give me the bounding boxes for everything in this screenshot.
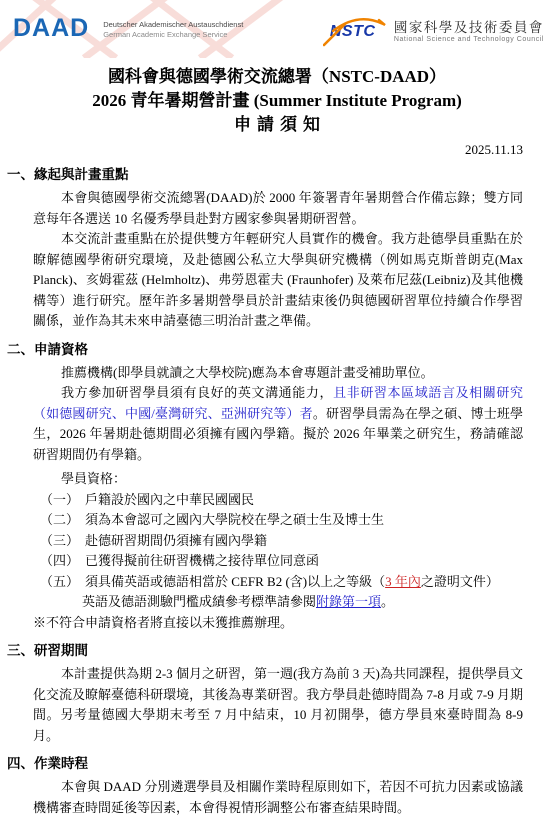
nstc-name-chinese: 國家科學及技術委員會 — [394, 20, 544, 35]
list-item-2: （二）須為本會認可之國內大學院校在學之碩士生及博士生 — [33, 510, 523, 531]
section-4-paragraph-1: 本會與 DAAD 分別遴選學員及相關作業時程原則如下，若因不可抗力因素或協議機構… — [33, 777, 523, 816]
section-4-heading: 四、作業時程 — [7, 754, 523, 773]
document-date: 2025.11.13 — [0, 142, 554, 157]
eligibility-note: ※不符合申請資格者將直接以未獲推薦辦理。 — [33, 613, 523, 634]
list-item-5-continuation: 英語及德語測驗門檻成績參考標準請參閱附錄第一項。 — [33, 592, 523, 613]
daad-tagline-english: German Academic Exchange Service — [103, 30, 243, 40]
list-item-1: （一）戶籍設於國內之中華民國國民 — [33, 490, 523, 511]
list-item-number: （一） — [40, 490, 79, 511]
list-item-text: 已獲得擬前往研習機構之接待單位同意函 — [85, 551, 319, 572]
nstc-name-english: National Science and Technology Council — [394, 36, 544, 43]
list-item-text: 戶籍設於國內之中華民國國民 — [85, 490, 254, 511]
text-run-black: 須具備英語或德語相當於 CEFR B2 (含)以上之等級（ — [85, 574, 385, 589]
list-item-3: （三）赴德研習期間仍須擁有國內學籍 — [33, 531, 523, 552]
nstc-swoosh-icon — [323, 17, 389, 47]
section-1-paragraph-1: 本會與德國學術交流總署(DAAD)於 2000 年簽署青年暑期營合作備忘錄；雙方… — [33, 188, 523, 229]
section-origin: 一、緣起與計畫重點 本會與德國學術交流總署(DAAD)於 2000 年簽署青年暑… — [33, 165, 523, 332]
list-item-number: （五） — [40, 572, 79, 593]
section-3-heading: 三、研習期間 — [7, 641, 523, 660]
document-page: DAAD Deutscher Akademischer Austauschdie… — [0, 0, 554, 816]
title-line-2: 2026 青年暑期營計畫 (Summer Institute Program) — [0, 89, 554, 113]
text-run-black: 之證明文件） — [421, 574, 499, 589]
daad-tagline: Deutscher Akademischer Austauschdienst G… — [103, 20, 243, 39]
section-1-heading: 一、緣起與計畫重點 — [7, 165, 523, 184]
list-item-number: （二） — [40, 510, 79, 531]
text-run-black: 我方參加研習學員須有良好的英文溝通能力， — [61, 385, 333, 400]
document-body: 一、緣起與計畫重點 本會與德國學術交流總署(DAAD)於 2000 年簽署青年暑… — [0, 165, 554, 816]
section-3-paragraph-1: 本計畫提供為期 2-3 個月之研習，第一週(我方為前 3 天)為共同課程，提供學… — [33, 664, 523, 746]
section-2-paragraph-2: 我方參加研習學員須有良好的英文溝通能力，且非研習本區域語言及相關研究（如德國研究… — [33, 383, 523, 465]
daad-logo: DAAD Deutscher Akademischer Austauschdie… — [13, 15, 243, 41]
list-item-5: （五）須具備英語或德語相當於 CEFR B2 (含)以上之等級（3 年內之證明文… — [33, 572, 523, 593]
qualifications-list: （一）戶籍設於國內之中華民國國民 （二）須為本會認可之國內大學院校在學之碩士生及… — [33, 490, 523, 613]
appendix-link[interactable]: 附錄第一項 — [316, 594, 381, 609]
title-line-1: 國科會與德國學術交流總署（NSTC-DAAD） — [0, 65, 554, 89]
text-run-black: 英語及德語測驗門檻成績參考標準請參閱 — [82, 594, 316, 609]
daad-tagline-german: Deutscher Akademischer Austauschdienst — [103, 20, 243, 30]
text-run-black: 。 — [381, 594, 394, 609]
list-item-number: （四） — [40, 551, 79, 572]
section-1-paragraph-2: 本交流計畫重點在於提供雙方年輕研究人員實作的機會。我方赴德學員重點在於瞭解德國學… — [33, 229, 523, 332]
list-item-number: （三） — [40, 531, 79, 552]
section-2-paragraph-1: 推薦機構(即學員就讀之大學校院)應為本會專題計畫受補助單位。 — [33, 363, 523, 384]
daad-logo-text: DAAD — [13, 15, 89, 41]
nstc-names: 國家科學及技術委員會 National Science and Technolo… — [394, 20, 544, 43]
nstc-logo-mark: NSTC — [323, 17, 389, 47]
list-item-text: 赴德研習期間仍須擁有國內學籍 — [85, 531, 267, 552]
nstc-logo: NSTC 國家科學及技術委員會 National Science and Tec… — [323, 17, 544, 47]
section-eligibility: 二、申請資格 推薦機構(即學員就讀之大學校院)應為本會專題計畫受補助單位。 我方… — [33, 340, 523, 634]
section-timeline: 四、作業時程 本會與 DAAD 分別遴選學員及相關作業時程原則如下，若因不可抗力… — [33, 754, 523, 816]
list-item-text: 須具備英語或德語相當於 CEFR B2 (含)以上之等級（3 年內之證明文件） — [85, 572, 499, 593]
list-item-text: 須為本會認可之國內大學院校在學之碩士生及博士生 — [85, 510, 384, 531]
qualifications-label: 學員資格： — [33, 469, 523, 490]
document-title: 國科會與德國學術交流總署（NSTC-DAAD） 2026 青年暑期營計畫 (Su… — [0, 65, 554, 137]
section-2-heading: 二、申請資格 — [7, 340, 523, 359]
title-line-3: 申請須知 — [0, 113, 554, 137]
section-program-period: 三、研習期間 本計畫提供為期 2-3 個月之研習，第一週(我方為前 3 天)為共… — [33, 641, 523, 746]
list-item-4: （四）已獲得擬前往研習機構之接待單位同意函 — [33, 551, 523, 572]
header: DAAD Deutscher Akademischer Austauschdie… — [0, 0, 554, 52]
text-run-red-underline: 3 年內 — [385, 574, 421, 589]
